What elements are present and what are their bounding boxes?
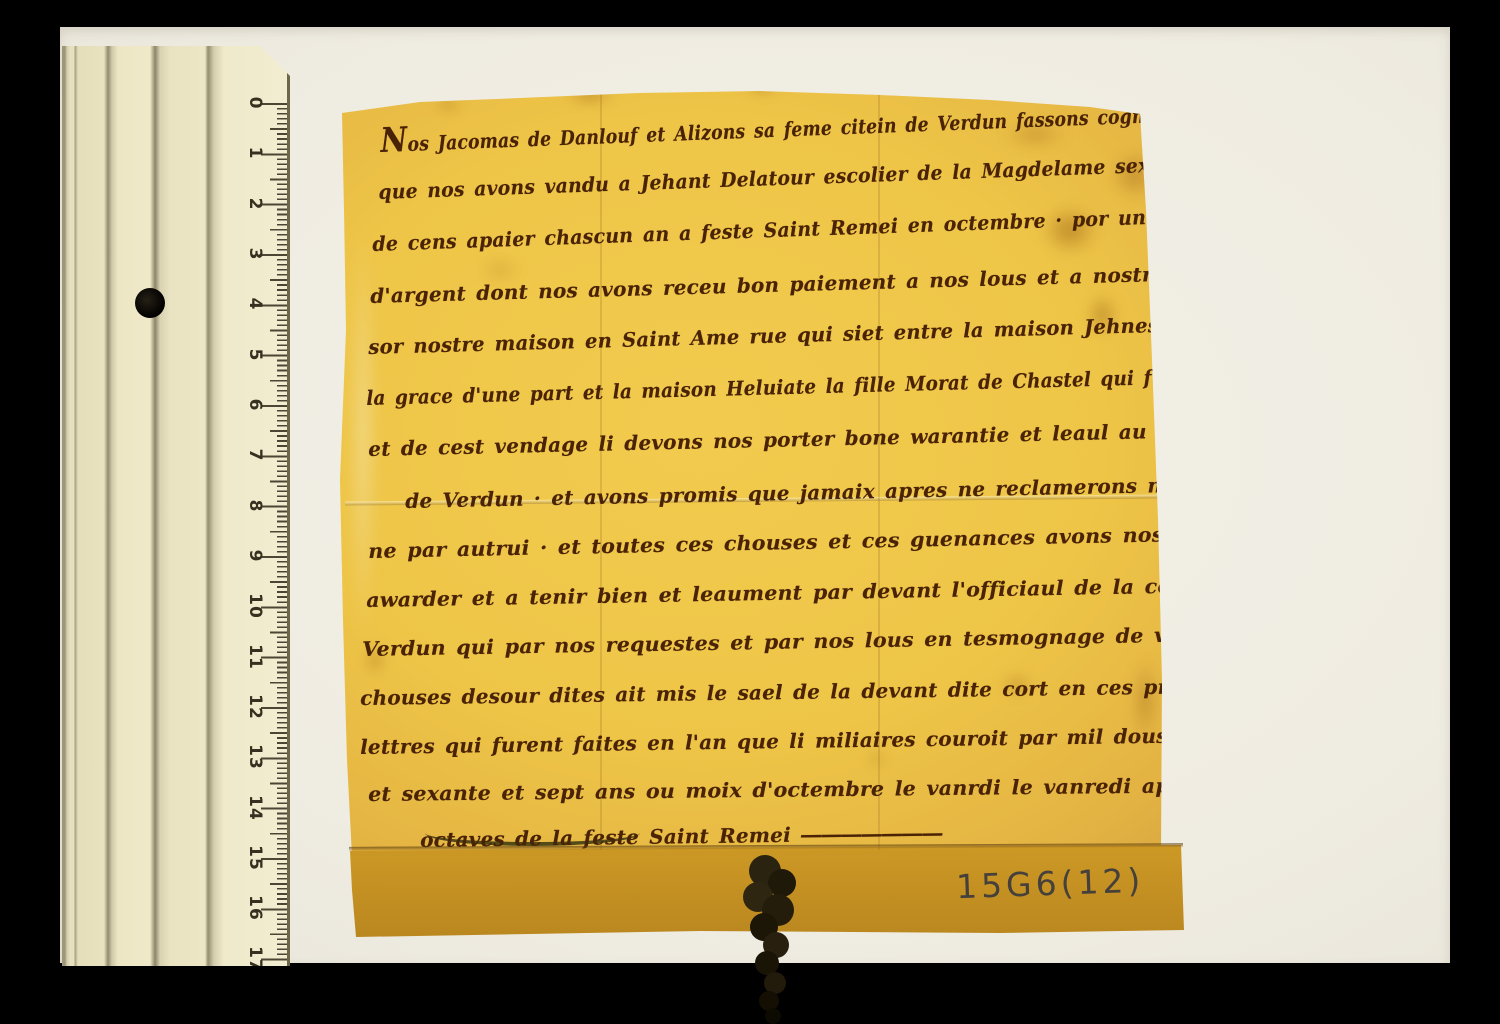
manuscript-line: chouses desour dites ait mis le sael de … <box>360 674 1254 710</box>
manuscript-line: de Verdun · et avons promis que jamaix a… <box>405 471 1273 513</box>
ruler-number: 2 <box>245 197 265 210</box>
ruler-number: 17 <box>245 946 265 966</box>
ruler-number: 5 <box>245 348 265 361</box>
ruler-tick-strip <box>259 103 287 963</box>
ruler-number: 8 <box>245 499 265 512</box>
metric-ruler: 01234567891011121314151617 <box>62 46 290 966</box>
ruler-number: 15 <box>245 845 265 871</box>
manuscript-line: et sexante et sept ans ou moix d'octembr… <box>368 773 1250 806</box>
ruler-number: 1 <box>245 147 265 160</box>
ruler-edge-line <box>287 46 290 966</box>
shelfmark-label: 15G6(12) <box>955 861 1145 907</box>
manuscript-line: sor nostre maison en Saint Ame rue qui s… <box>368 310 1262 359</box>
ruler-number: 9 <box>245 550 265 563</box>
ruler-mm-ticks <box>277 103 287 963</box>
ruler-number: 4 <box>245 298 265 311</box>
ruler-number: 14 <box>245 795 265 821</box>
ruler-hole <box>135 288 165 318</box>
ruler-number: 10 <box>245 593 265 619</box>
ruler-number: 6 <box>245 399 265 412</box>
ruler-number: 16 <box>245 895 265 921</box>
ruler-number: 11 <box>245 644 265 670</box>
ruler-number: 7 <box>245 449 265 462</box>
manuscript-line: et de cest vendage li devons nos porter … <box>368 418 1213 461</box>
ruler-number: 13 <box>245 744 265 770</box>
ruler-number: 12 <box>245 694 265 720</box>
ruler-number: 3 <box>245 248 265 261</box>
manuscript-line: awarder et a tenir bien et leaument par … <box>366 573 1246 612</box>
ruler-number: 0 <box>245 97 265 110</box>
manuscript-line: la grace d'une part et la maison Heluiat… <box>366 363 1258 410</box>
photo-canvas: 01234567891011121314151617 Nos Jacomas d… <box>0 0 1500 1024</box>
manuscript-line: ne par autrui · et toutes ces chouses et… <box>368 520 1254 563</box>
seal-cord <box>720 855 820 1024</box>
manuscript-line: lettres qui furent faites en l'an que li… <box>360 723 1229 759</box>
